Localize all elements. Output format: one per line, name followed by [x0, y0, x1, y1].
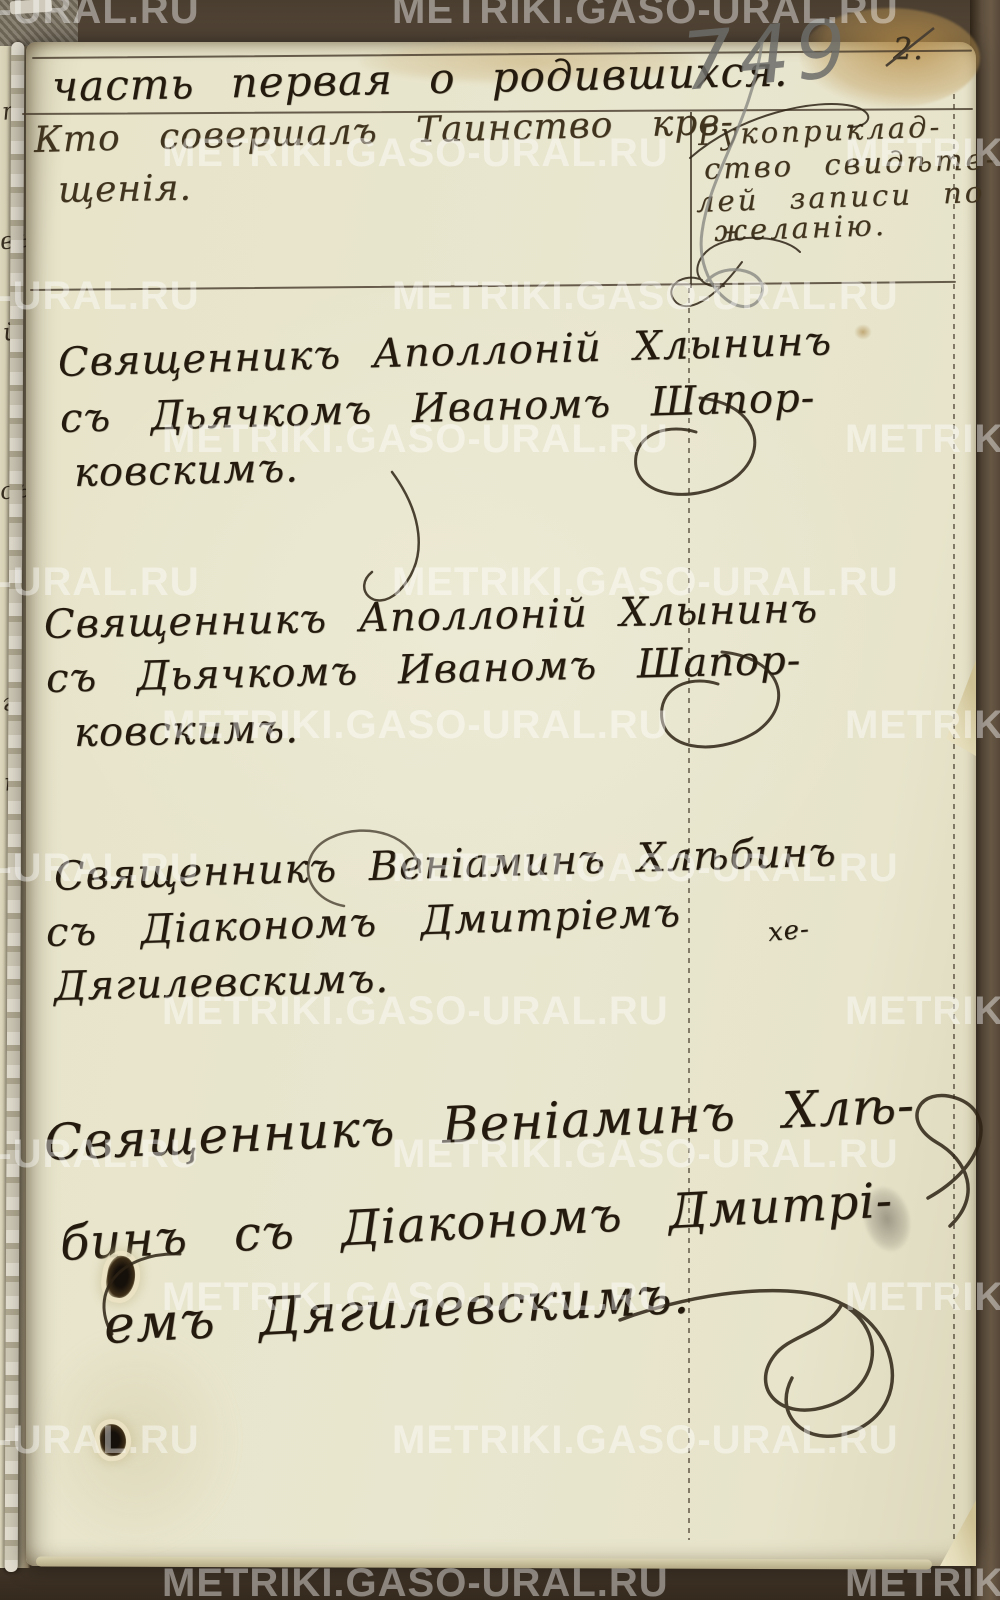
watermark-text: METRIKI.GASO-URAL.RU — [162, 417, 669, 462]
column-header-right-line4: желанію. — [713, 208, 887, 248]
page-number: 2. — [893, 32, 924, 67]
watermark-text: METRIKI.GASO-URAL.RU — [162, 703, 669, 748]
watermark-text: METRIKI.GASO-URAL.RU — [392, 1418, 899, 1463]
watermark-text: METRIKI.GASO-URAL.RU — [845, 417, 1000, 462]
watermark-text: METRIKI.GASO-URAL.RU — [845, 131, 1000, 176]
watermark-text: METRIKI.GASO-URAL.RU — [845, 989, 1000, 1034]
column-divider-line — [688, 288, 690, 1540]
scanned-metric-book-photo: ть въ й съ гі к часть первая о родившихс… — [0, 0, 1000, 1600]
watermark-text: METRIKI.GASO-URAL.RU — [162, 131, 669, 176]
watermark-text: METRIKI.GASO-URAL.RU — [392, 274, 899, 319]
watermark-text: METRIKI.GASO-URAL.RU — [0, 0, 200, 33]
watermark-text: METRIKI.GASO-URAL.RU — [392, 846, 899, 891]
paper-stain — [854, 324, 872, 340]
watermark-text: METRIKI.GASO-URAL.RU — [0, 560, 200, 605]
watermark-text: METRIKI.GASO-URAL.RU — [845, 703, 1000, 748]
watermark-text: METRIKI.GASO-URAL.RU — [392, 0, 899, 33]
watermark-text: METRIKI.GASO-URAL.RU — [0, 846, 200, 891]
watermark-text: METRIKI.GASO-URAL.RU — [162, 1275, 669, 1320]
watermark-text: METRIKI.GASO-URAL.RU — [0, 1132, 200, 1177]
watermark-text: METRIKI.GASO-URAL.RU — [0, 274, 200, 319]
page-margin-line — [953, 94, 955, 1540]
watermark-text: METRIKI.GASO-URAL.RU — [845, 1275, 1000, 1320]
watermark-text: METRIKI.GASO-URAL.RU — [392, 1132, 899, 1177]
entry-3-margin-note: хе- — [767, 914, 811, 948]
watermark-text: METRIKI.GASO-URAL.RU — [0, 1418, 200, 1463]
watermark-text: METRIKI.GASO-URAL.RU — [392, 560, 899, 605]
watermark-text: METRIKI.GASO-URAL.RU — [162, 989, 669, 1034]
